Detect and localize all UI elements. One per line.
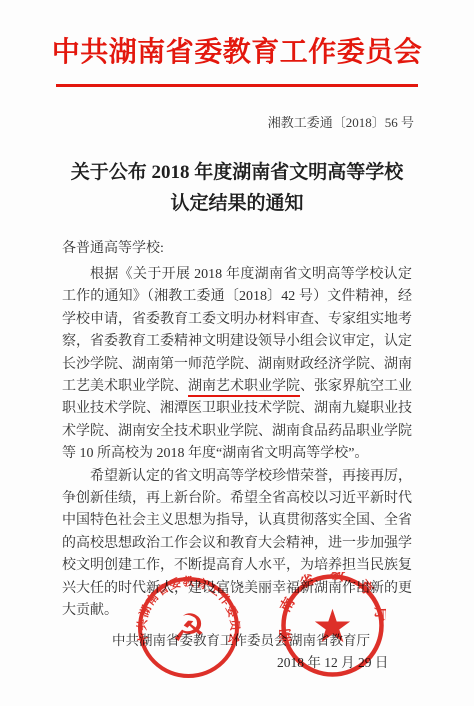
signature-org-right: 湖南省教育厅 [289, 629, 370, 649]
document-title-line2: 认定结果的通知 [0, 188, 474, 219]
salutation: 各普通高等学校: [0, 238, 474, 260]
document-page: 中共湖南省委教育工作委员会 湘教工委通〔2018〕56 号 关于公布 2018 … [0, 0, 474, 706]
signature-org-left: 中共湖南省委教育工作委员会 [112, 629, 288, 649]
paragraph-1-text-before: 根据《关于开展 2018 年度湖南省文明高等学校认定工作的通知》（湘教工委通〔2… [62, 267, 412, 394]
document-number: 湘教工委通〔2018〕56 号 [0, 112, 474, 131]
document-title-line1: 关于公布 2018 年度湖南省文明高等学校 [0, 157, 474, 188]
document-title: 关于公布 2018 年度湖南省文明高等学校 认定结果的通知 [0, 157, 474, 219]
body-paragraph-2: 希望新认定的省文明高等学校珍惜荣誉，再接再厉，争创新佳绩，再上新台阶。希望全省高… [0, 466, 474, 623]
letterhead-org-name: 中共湖南省委教育工作委员会 [0, 30, 474, 76]
letterhead-divider [56, 84, 418, 87]
red-underlined-school-name: 湖南艺术职业学院 [188, 379, 300, 397]
signature-date: 2018 年 12 月 29 日 [277, 651, 388, 671]
body-paragraph-1: 根据《关于开展 2018 年度湖南省文明高等学校认定工作的通知》（湘教工委通〔2… [0, 264, 474, 466]
